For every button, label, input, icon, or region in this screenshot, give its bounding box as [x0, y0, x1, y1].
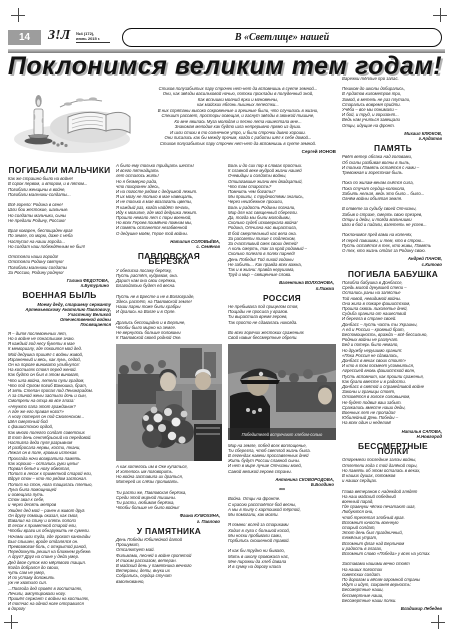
signature-fedotova: Галина ФЕДОТОВА, п.Бутурлино: [8, 278, 109, 288]
poem-pamyat: Рвёт ветер облака над головами, Об скалы…: [342, 154, 444, 253]
poem-wartime-childhood-part2: Пешком до школы добирались, В Ардатов ки…: [342, 86, 444, 128]
signature-volkhonova: Валентина ВОЛХОНОВА, п.Пижма: [228, 280, 334, 290]
dedication-voennaya-byl: Моему деду, старшему сержанту Артемьевск…: [8, 302, 111, 328]
article-title-u-pamyatnika: У ПАМЯТНИКА: [116, 529, 222, 534]
page-number: 14: [8, 30, 41, 45]
photo-woman-with-flowers: [116, 344, 222, 461]
poem-pogibali-malchiki: Как же страшно было на войне! В сорок пе…: [8, 176, 111, 275]
column-4: Варежки тёплые про запас. Пешком до школ…: [342, 76, 444, 613]
asterisk-separator: ***: [228, 489, 336, 494]
crop-mark-bottom-left: [4, 615, 18, 629]
article-title-pogibla-babushka: ПОГИБЛА БАБУШКА: [342, 272, 444, 277]
photo-veteran: Победителей встречают хлебом-солью: [228, 344, 336, 440]
signature-lebedev: Владимир Лебедев: [342, 606, 442, 611]
article-title-pavlovskaya-beryozka: ПАВЛОВСКАЯ БЕРЁЗКА: [116, 254, 222, 264]
poem-beryozka-part2: А как хотелось им в Оке купаться, И хоте…: [116, 464, 222, 511]
newspaper-page: { "header": { "page_number": "14", "logo…: [0, 0, 450, 636]
crop-mark-bottom-right: [431, 615, 445, 629]
article-title-bessmertnye-polki: БЕССМЕРТНЫЕ ПОЛКИ: [342, 444, 444, 454]
sketch-svg: [10, 87, 134, 155]
poem-rossiya-part2: Мир на земле, побед всех воплощенье, Ты …: [228, 443, 336, 474]
section-title: В «Светлице» нашей: [235, 32, 329, 43]
column-3: Боль и до сих пор в словах простых. К сл…: [228, 163, 336, 569]
poem-u-pamyatnika-part2: Боль и до сих пор в словах простых. К сл…: [228, 163, 336, 277]
article-title-voennaya-byl: ВОЕННАЯ БЫЛЬ: [8, 293, 111, 298]
column-1: ПОГИБАЛИ МАЛЬЧИКИ Как же страшно было на…: [8, 163, 111, 612]
poem-wartime-childhood-lead: Варежки тёплые про запас.: [342, 76, 444, 81]
poem-voennaya-byl-part1: Я – дитя послевоенных лет, Но о войне не…: [8, 331, 111, 612]
article-title-pogibali-malchiki: ПОГИБАЛИ МАЛЬЧИКИ: [8, 168, 111, 173]
poem-pogibla-babushka: Погибла бабушка в Донбассе, Средь милой …: [342, 280, 444, 426]
crop-mark-top-right: [433, 8, 447, 22]
photo-veteran-svg: [228, 344, 336, 440]
section-title-badge: В «Светлице» нашей: [122, 28, 442, 47]
intro-poem-author: Сергей ИОНОВ: [140, 149, 336, 154]
crop-mark-top-left: [11, 8, 25, 22]
signature-panov: Андрей ПАНОВ, с.Китово: [342, 256, 442, 266]
veteran-photo-caption: Победителей встречают хлебом-солью: [228, 432, 336, 437]
article-title-rossiya: РОССИЯ: [228, 296, 336, 301]
signature-kumokhina: Фаина КУМОХИНА, г. Павлово: [116, 513, 220, 523]
signature-sapova: Наталья САПОВА, Н.Новгород: [342, 429, 442, 439]
photo-woman-svg: [116, 344, 222, 461]
poem-wartime-childhood-part1: Война. Отцы на фронте. С красою расстаёт…: [228, 496, 336, 569]
poem-bessmertnye-polki: Отгремели последние залпы войны, Отлетел…: [342, 457, 444, 603]
intro-poem: Стихов полузабытых пару строчек нет-нет …: [140, 86, 336, 146]
signature-solovyova: Наталия СОЛОВЬЁВА, с. Семёнов: [116, 239, 220, 249]
poem-u-pamyatnika-part1: День Победы Юбилейной датой Прошумит, От…: [116, 537, 222, 584]
signature-skovorodova: Антонина СКОВОРОДОВА, Б.Болдино: [228, 477, 334, 487]
article-title-pamyat: ПАМЯТЬ: [342, 146, 444, 151]
column-2: А было ему только тридцать шесть! И всег…: [116, 163, 222, 584]
candle-book-sketch-image: [10, 87, 134, 155]
poem-beryozka-part1: У обелиска посажу берёзку, Пусть растёт,…: [116, 268, 222, 341]
poem-rossiya-part1: Не пребывала под прицелом стоя, Пощады н…: [228, 304, 336, 340]
issue-info: №4 (172), июнь 2015 г.: [76, 31, 110, 43]
poem-voennaya-byl-part2: А было ему только тридцать шесть! И всег…: [116, 163, 222, 236]
newspaper-logo: З!Л: [48, 28, 70, 44]
signature-klyukov: Михаил КЛЮКОВ, г.Ардатов: [342, 131, 442, 141]
